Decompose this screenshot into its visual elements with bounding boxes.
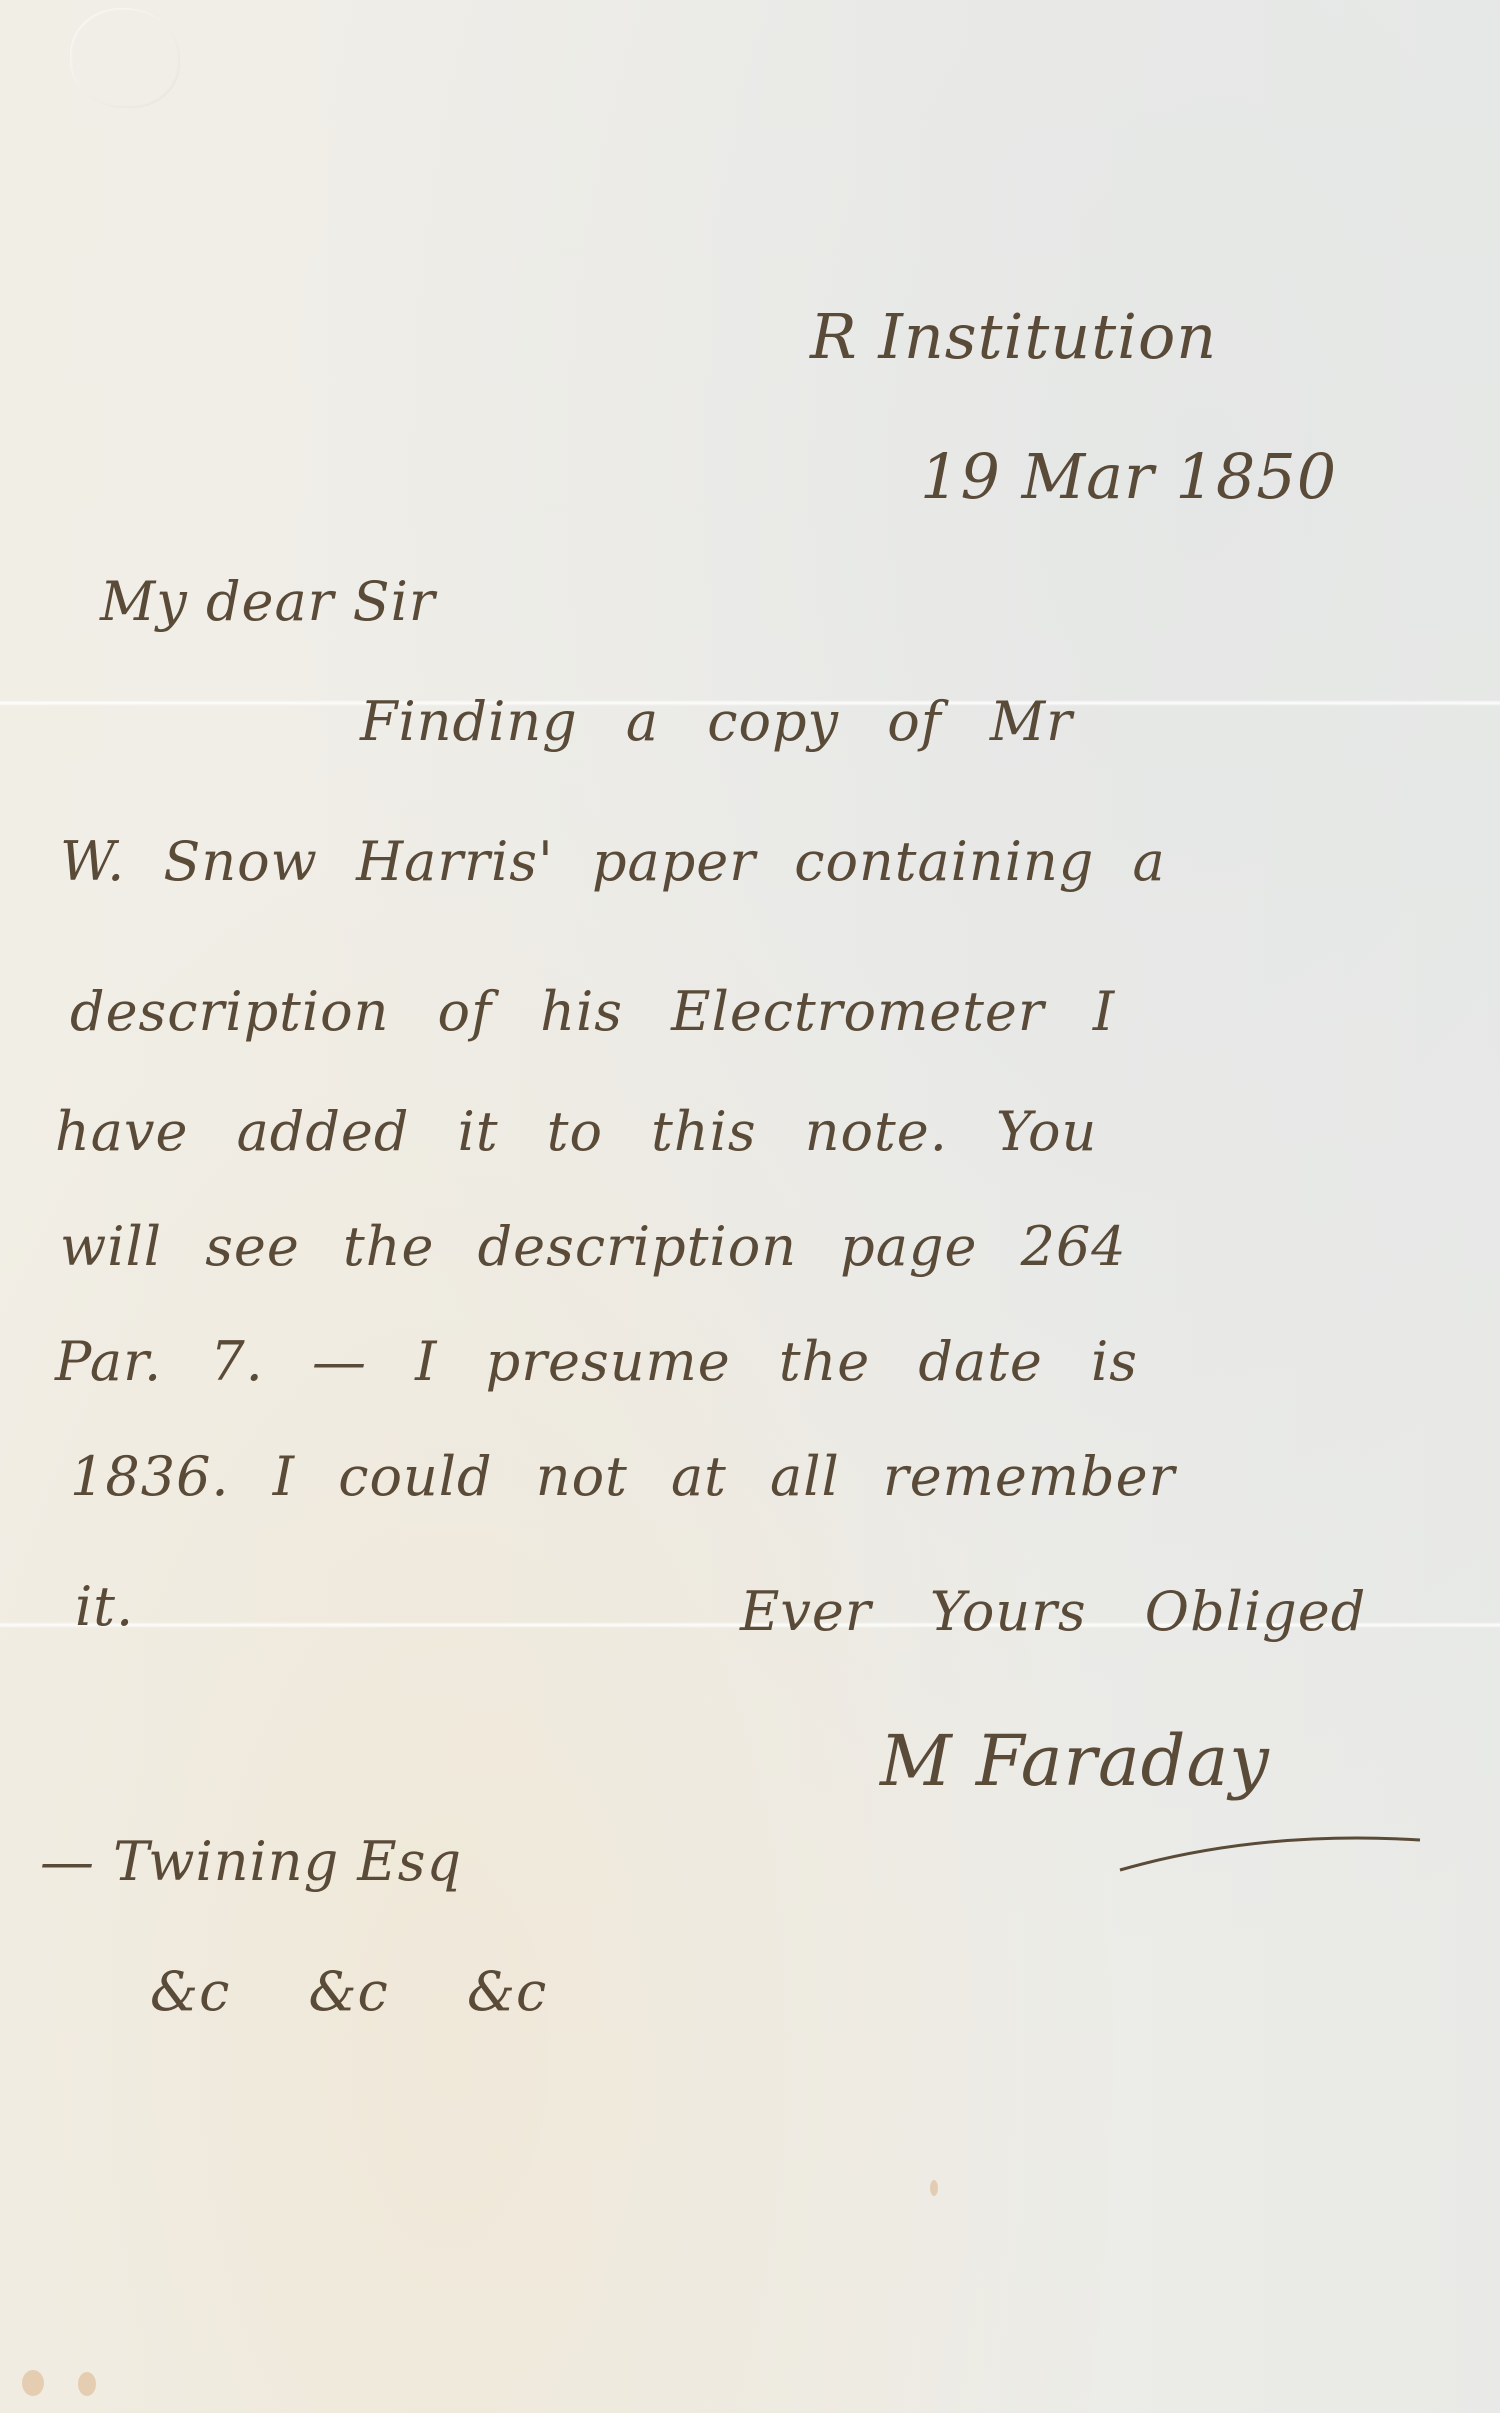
letter-page: R Institution 19 Mar 1850 My dear Sir Fi… — [0, 0, 1500, 2413]
foxing-spot — [78, 2372, 96, 2396]
foxing-spot — [22, 2370, 44, 2396]
salutation: My dear Sir — [100, 570, 436, 633]
body-line: 1836. I could not at all remember — [70, 1445, 1175, 1508]
body-line: it. — [75, 1575, 134, 1638]
address-line: R Institution — [810, 300, 1217, 373]
body-line: have added it to this note. You — [55, 1100, 1097, 1163]
recipient-name: — Twining Esq — [40, 1830, 462, 1893]
body-line: Finding a copy of Mr — [360, 690, 1073, 753]
body-line: description of his Electrometer I — [70, 980, 1115, 1043]
recipient-titles: &c &c &c — [150, 1960, 547, 2023]
closing: Ever Yours Obliged — [740, 1580, 1366, 1643]
embossed-stamp — [70, 8, 180, 108]
signature: M Faraday — [880, 1720, 1270, 1802]
signature-flourish — [1110, 1820, 1430, 1880]
body-line: will see the description page 264 — [60, 1215, 1127, 1278]
date-line: 19 Mar 1850 — [920, 440, 1337, 513]
body-line: Par. 7. — I presume the date is — [55, 1330, 1138, 1393]
foxing-spot — [930, 2180, 938, 2196]
body-line: W. Snow Harris' paper containing a — [60, 830, 1166, 893]
